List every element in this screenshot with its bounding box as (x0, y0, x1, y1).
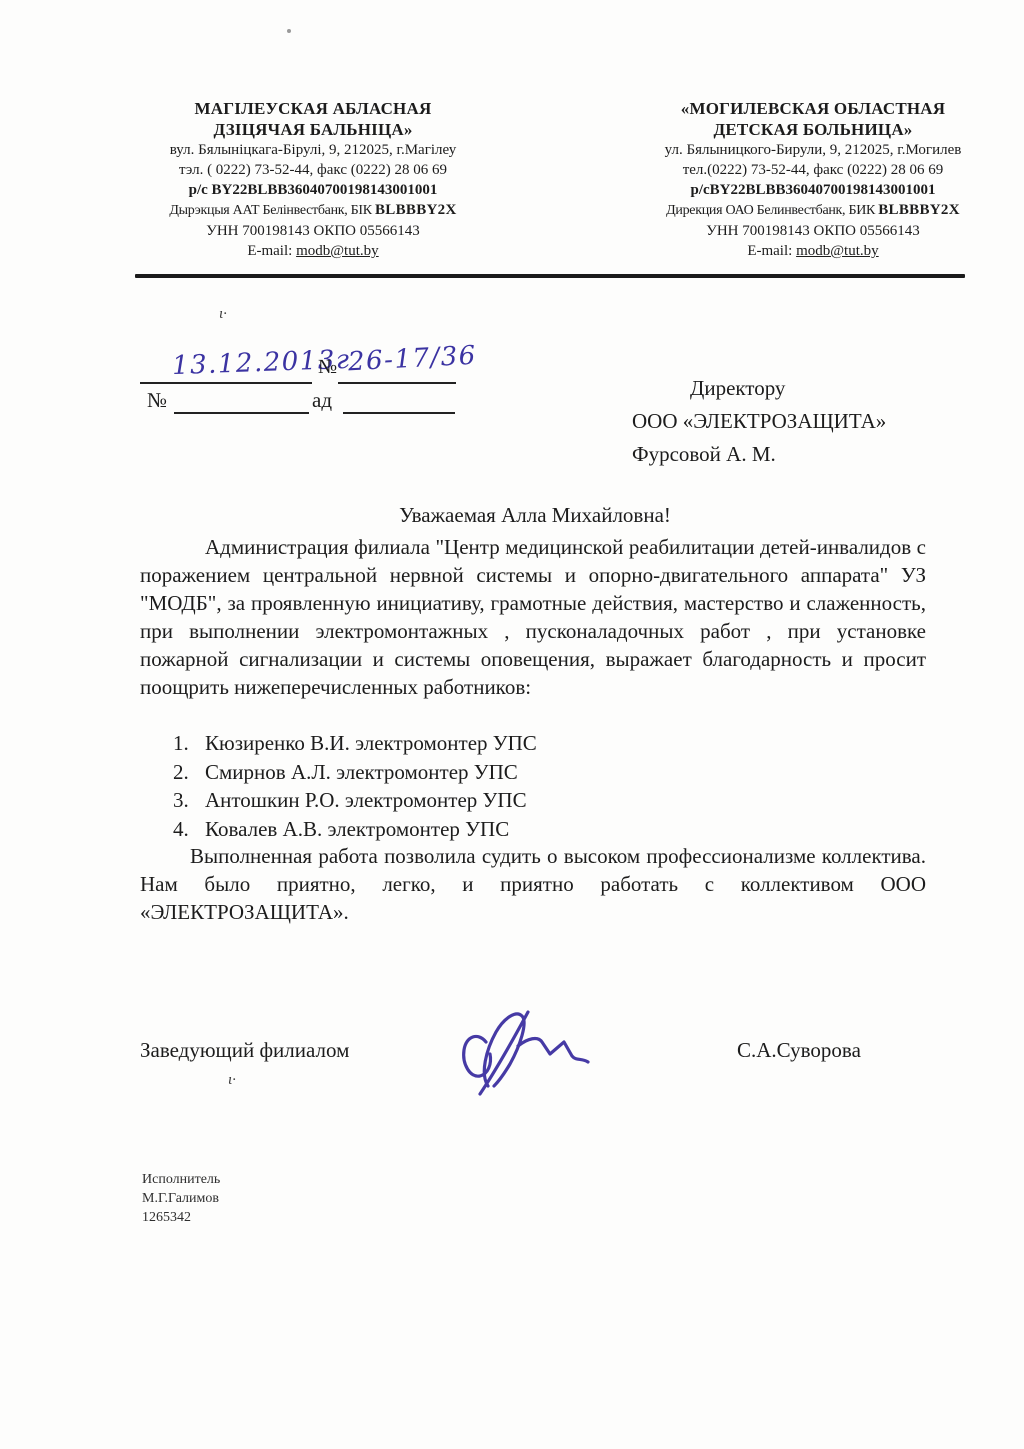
org-phone-ru: тел.(0222) 73-52-44, факс (0222) 28 06 6… (613, 160, 1013, 180)
worker-list: 1. Кюзиренко В.И. электромонтер УПС 2. С… (173, 729, 537, 843)
executor-label: Исполнитель (142, 1170, 220, 1189)
executor-phone: 1265342 (142, 1208, 220, 1227)
executor-name: М.Г.Галимов (142, 1189, 220, 1208)
signer-title: Заведующий филиалом (140, 1038, 349, 1063)
recipient-company: ООО «ЭЛЕКТРОЗАЩИТА» (632, 405, 886, 438)
email-label-ru: E-mail: (747, 243, 796, 259)
org-account-ru: р/сBY22BLBB36040700198143001001 (613, 180, 1013, 200)
incoming-number-blank-line (174, 412, 309, 414)
list-item: 2. Смирнов А.Л. электромонтер УПС (173, 758, 537, 787)
org-bank-bic-by: BLBBBY2X (375, 202, 457, 218)
date-blank-line (140, 382, 312, 384)
list-item-text: Ковалев А.В. электромонтер УПС (205, 815, 509, 844)
org-name-by-line1: МАГІЛЕУСКАЯ АБЛАСНАЯ (113, 98, 513, 119)
ad-blank-line (343, 412, 455, 414)
list-item-number: 4. (173, 815, 205, 844)
incoming-number-sign: № (147, 388, 167, 413)
org-bank-bic-ru: BLBBBY2X (878, 202, 960, 218)
org-address-ru: ул. Бялыницкого-Бирули, 9, 212025, г.Мог… (613, 140, 1013, 160)
letterhead-divider (135, 274, 965, 278)
list-item-text: Кюзиренко В.И. электромонтер УПС (205, 729, 537, 758)
org-bank-prefix-ru: Дирекция ОАО Белинвестбанк, БИК (666, 203, 878, 218)
executor-block: Исполнитель М.Г.Галимов 1265342 (142, 1170, 220, 1227)
list-item: 4. Ковалев А.В. электромонтер УПС (173, 815, 537, 844)
number-blank-line (338, 382, 456, 384)
ad-label: ад (312, 388, 332, 413)
org-codes-by: УНН 700198143 ОКПО 05566143 (113, 221, 513, 241)
pen-tick-mark-bottom: ι· (228, 1072, 236, 1089)
handwritten-signature (452, 998, 592, 1103)
org-address-by: вул. Бялыніцкага-Бірулі, 9, 212025, г.Ма… (113, 140, 513, 160)
handwritten-outgoing-number: 26-17/36 (347, 341, 477, 378)
letterhead-left: МАГІЛЕУСКАЯ АБЛАСНАЯ ДЗІЦЯЧАЯ БАЛЬНІЦА» … (113, 98, 513, 261)
recipient-position: Директору (632, 372, 886, 405)
org-bank-prefix-by: Дырэкцыя ААТ Белінвестбанк, БІК (169, 203, 375, 218)
org-name-ru-line1: «МОГИЛЕВСКАЯ ОБЛАСТНАЯ (613, 98, 1013, 119)
email-label-by: E-mail: (247, 243, 296, 259)
list-item-text: Смирнов А.Л. электромонтер УПС (205, 758, 518, 787)
letterhead-right: «МОГИЛЕВСКАЯ ОБЛАСТНАЯ ДЕТСКАЯ БОЛЬНИЦА»… (613, 98, 1013, 261)
body-paragraph-2: Выполненная работа позволила судить о вы… (140, 842, 926, 926)
list-item: 3. Антошкин Р.О. электромонтер УПС (173, 786, 537, 815)
org-name-ru-line2: ДЕТСКАЯ БОЛЬНИЦА» (613, 119, 1013, 140)
email-address-ru: modb@tut.by (796, 243, 879, 259)
list-item-text: Антошкин Р.О. электромонтер УПС (205, 786, 527, 815)
scan-speck (287, 29, 291, 33)
list-item-number: 3. (173, 786, 205, 815)
number-sign-printed: № (318, 356, 337, 379)
list-item: 1. Кюзиренко В.И. электромонтер УПС (173, 729, 537, 758)
body-paragraph-1: Администрация филиала "Центр медицинской… (140, 533, 926, 701)
org-email-by: E-mail: modb@tut.by (113, 241, 513, 261)
scanned-letter-page: МАГІЛЕУСКАЯ АБЛАСНАЯ ДЗІЦЯЧАЯ БАЛЬНІЦА» … (0, 0, 1024, 1449)
recipient-block: Директору ООО «ЭЛЕКТРОЗАЩИТА» Фурсовой А… (632, 372, 886, 471)
recipient-person: Фурсовой А. М. (632, 438, 886, 471)
org-account-by: р/с BY22BLBB36040700198143001001 (113, 180, 513, 200)
list-item-number: 2. (173, 758, 205, 787)
signer-name: С.А.Суворова (737, 1038, 861, 1063)
org-email-ru: E-mail: modb@tut.by (613, 241, 1013, 261)
org-bank-ru: Дирекция ОАО Белинвестбанк, БИК BLBBBY2X (613, 200, 1013, 221)
org-codes-ru: УНН 700198143 ОКПО 05566143 (613, 221, 1013, 241)
org-name-by-line2: ДЗІЦЯЧАЯ БАЛЬНІЦА» (113, 119, 513, 140)
list-item-number: 1. (173, 729, 205, 758)
org-bank-by: Дырэкцыя ААТ Белінвестбанк, БІК BLBBBY2X (113, 200, 513, 221)
salutation: Уважаемая Алла Михайловна! (140, 503, 930, 528)
email-address-by: modb@tut.by (296, 243, 379, 259)
org-phone-by: тэл. ( 0222) 73-52-44, факс (0222) 28 06… (113, 160, 513, 180)
pen-tick-mark-top: ι· (219, 306, 227, 323)
